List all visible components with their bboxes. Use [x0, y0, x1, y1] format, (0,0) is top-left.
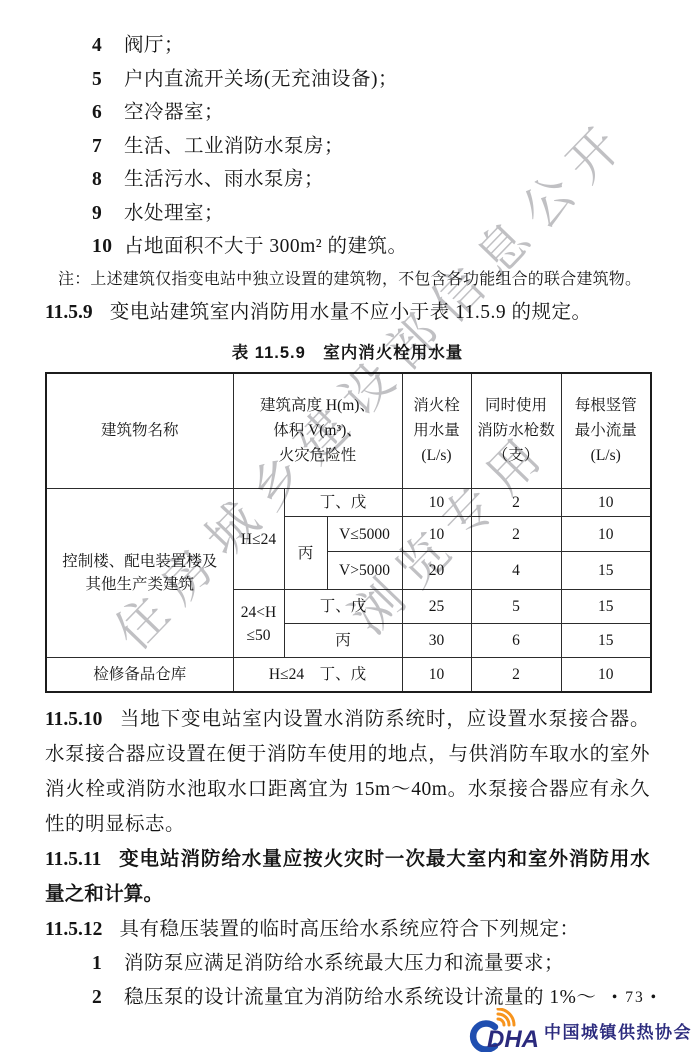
cdha-logo-icon: DHA — [464, 1008, 540, 1052]
logo-association-name: 中国城镇供热协会 — [544, 1018, 692, 1043]
list-item-text: 户内直流开关场(无充油设备)； — [124, 69, 398, 90]
cell-riser: 10 — [561, 517, 651, 552]
cell-building-main: 控制楼、配电装置楼及 其他生产类建筑 — [46, 489, 233, 658]
sub-item-text: 消防泵应满足消防给水系统最大压力和流量要求； — [124, 953, 564, 974]
association-logo: DHA 中国城镇供热协会 — [464, 1008, 692, 1052]
list-item: 7生活、工业消防水泵房； — [45, 130, 650, 164]
section-11-5-9: 11.5.9变电站建筑室内消防用水量不应小于表 11.5.9 的规定。 — [45, 295, 650, 330]
cell-flow: 20 — [402, 552, 471, 590]
cell-category-bing: 丙 — [284, 517, 327, 590]
section-11-5-10: 11.5.10当地下变电站室内设置水消防系统时，应设置水泵接合器。水泵接合器应设… — [45, 702, 650, 842]
table-title: 表 11.5.9 室内消火栓用水量 — [45, 339, 650, 363]
cell-guns: 6 — [471, 624, 561, 658]
table-header-row: 建筑物名称 建筑高度 H(m)、 体积 V(m³)、 火灾危险性 消火栓 用水量… — [46, 373, 651, 489]
page-number: • 73 • — [612, 989, 658, 1007]
list-item-text: 生活污水、雨水泵房； — [124, 169, 324, 190]
cell-flow: 25 — [402, 590, 471, 624]
list-item: 9水处理室； — [45, 197, 650, 231]
cell-condition: H≤24 丁、戊 — [233, 658, 402, 692]
table-11-5-9: 建筑物名称 建筑高度 H(m)、 体积 V(m³)、 火灾危险性 消火栓 用水量… — [45, 372, 652, 693]
cell-flow: 10 — [402, 489, 471, 517]
list-item: 6空冷器室； — [45, 96, 650, 130]
cell-riser: 15 — [561, 624, 651, 658]
table-row: 控制楼、配电装置楼及 其他生产类建筑 H≤24 丁、戊 10 2 10 — [46, 489, 651, 517]
cell-volume: V>5000 — [327, 552, 402, 590]
cell-category: 丁、戊 — [284, 489, 402, 517]
cell-flow: 30 — [402, 624, 471, 658]
list-item-text: 生活、工业消防水泵房； — [124, 136, 344, 157]
list-item-number: 6 — [92, 96, 113, 130]
section-number: 11.5.10 — [45, 709, 102, 730]
cell-riser: 15 — [561, 590, 651, 624]
header-condition: 建筑高度 H(m)、 体积 V(m³)、 火灾危险性 — [233, 373, 402, 489]
list-item-number: 8 — [92, 163, 113, 197]
cell-guns: 2 — [471, 517, 561, 552]
list-item: 5户内直流开关场(无充油设备)； — [45, 63, 650, 97]
list-item: 10占地面积不大于 300m² 的建筑。 — [45, 230, 650, 264]
header-riser-flow: 每根竖管 最小流量 (L/s) — [561, 373, 651, 489]
cell-guns: 5 — [471, 590, 561, 624]
list-item: 4阀厅； — [45, 29, 650, 63]
section-number: 11.5.12 — [45, 919, 102, 940]
document-page: 住房城乡建设部信息公开 浏览专用 4阀厅； 5户内直流开关场(无充油设备)； 6… — [0, 0, 695, 1054]
page-content: 4阀厅； 5户内直流开关场(无充油设备)； 6空冷器室； 7生活、工业消防水泵房… — [0, 0, 695, 1016]
cell-category: 丁、戊 — [284, 590, 402, 624]
list-item-number: 4 — [92, 29, 113, 63]
section-11-5-12: 11.5.12具有稳压装置的临时高压给水系统应符合下列规定： — [45, 912, 650, 947]
section-11-5-11: 11.5.11变电站消防给水量应按火灾时一次最大室内和室外消防用水量之和计算。 — [45, 842, 650, 912]
table-row: 检修备品仓库 H≤24 丁、戊 10 2 10 — [46, 658, 651, 692]
cell-height-low: H≤24 — [233, 489, 284, 590]
sub-item-number: 1 — [92, 947, 112, 982]
cell-flow: 10 — [402, 658, 471, 692]
cell-flow: 10 — [402, 517, 471, 552]
list-item-text: 水处理室； — [124, 203, 224, 224]
logo-acronym: DHA — [487, 1026, 539, 1052]
cell-guns: 2 — [471, 489, 561, 517]
list-item-number: 5 — [92, 63, 113, 97]
list-item-number: 10 — [92, 230, 113, 264]
cell-riser: 15 — [561, 552, 651, 590]
list-item-number: 7 — [92, 130, 113, 164]
section-text: 当地下变电站室内设置水消防系统时，应设置水泵接合器。水泵接合器应设置在便于消防车… — [45, 709, 650, 835]
cell-riser: 10 — [561, 658, 651, 692]
cell-height-high: 24<H ≤50 — [233, 590, 284, 658]
list-item-text: 空冷器室； — [124, 102, 224, 123]
section-number: 11.5.9 — [45, 302, 93, 323]
cell-guns: 2 — [471, 658, 561, 692]
list-item: 8生活污水、雨水泵房； — [45, 163, 650, 197]
section-text: 具有稳压装置的临时高压给水系统应符合下列规定： — [119, 919, 579, 940]
header-hydrant-flow: 消火栓 用水量 (L/s) — [402, 373, 471, 489]
cell-building-last: 检修备品仓库 — [46, 658, 233, 692]
section-text: 变电站消防给水量应按火灾时一次最大室内和室外消防用水量之和计算。 — [45, 848, 650, 905]
cell-category: 丙 — [284, 624, 402, 658]
list-item-text: 占地面积不大于 300m² 的建筑。 — [124, 236, 408, 257]
sub-item-number: 2 — [92, 981, 112, 1016]
header-gun-count: 同时使用 消防水枪数 （支） — [471, 373, 561, 489]
cell-riser: 10 — [561, 489, 651, 517]
cell-volume: V≤5000 — [327, 517, 402, 552]
logo-orange-arcs-icon — [498, 1009, 514, 1025]
sub-item-text: 稳压泵的设计流量宜为消防给水系统设计流量的 1%～ — [124, 987, 596, 1008]
section-text: 变电站建筑室内消防用水量不应小于表 11.5.9 的规定。 — [110, 302, 592, 323]
cell-guns: 4 — [471, 552, 561, 590]
section-number: 11.5.11 — [45, 849, 101, 870]
list-item-number: 9 — [92, 197, 113, 231]
table-note: 注：上述建筑仅指变电站中独立设置的建筑物，不包含各功能组合的联合建筑物。 — [58, 268, 650, 292]
header-building-name: 建筑物名称 — [46, 373, 233, 489]
sub-item: 1消防泵应满足消防给水系统最大压力和流量要求； — [45, 947, 650, 982]
list-item-text: 阀厅； — [124, 35, 184, 56]
